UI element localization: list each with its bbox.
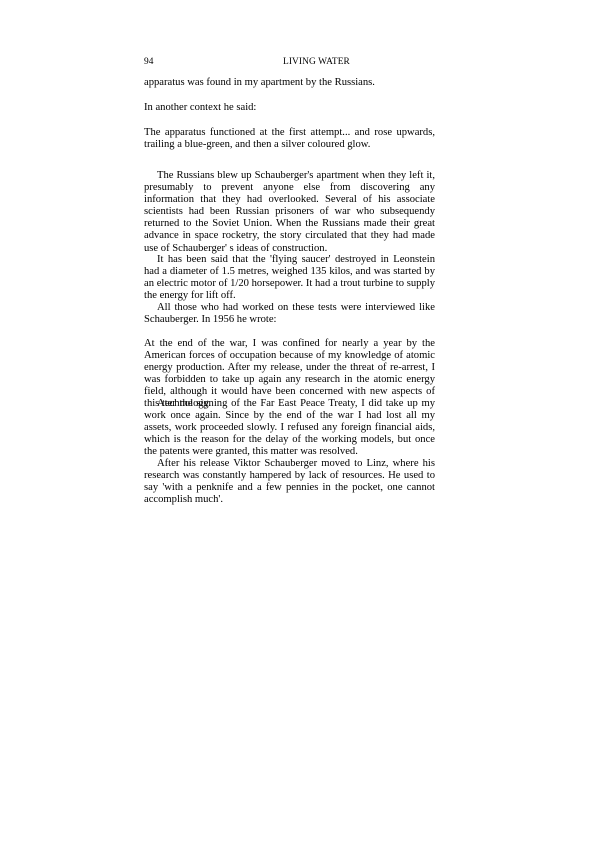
paragraph-russians: The Russians blew up Schauberger's apart…	[144, 170, 435, 255]
paragraph-continuation: apparatus was found in my apartment by t…	[144, 77, 435, 89]
page-header: 94 LIVING WATER	[144, 56, 435, 69]
paragraph-linz: After his release Viktor Schauberger mov…	[144, 458, 435, 506]
paragraph-flying-saucer: It has been said that the 'flying saucer…	[144, 254, 435, 302]
quote-apparatus: The apparatus functioned at the first at…	[144, 127, 435, 151]
paragraph-interviewed: All those who had worked on these tests …	[144, 302, 435, 326]
page-number: 94	[144, 56, 153, 68]
paragraph-context: In another context he said:	[144, 102, 435, 114]
running-title: LIVING WATER	[283, 56, 350, 68]
quote-peace-treaty: Ater the signing of the Far East Peace T…	[144, 398, 435, 458]
